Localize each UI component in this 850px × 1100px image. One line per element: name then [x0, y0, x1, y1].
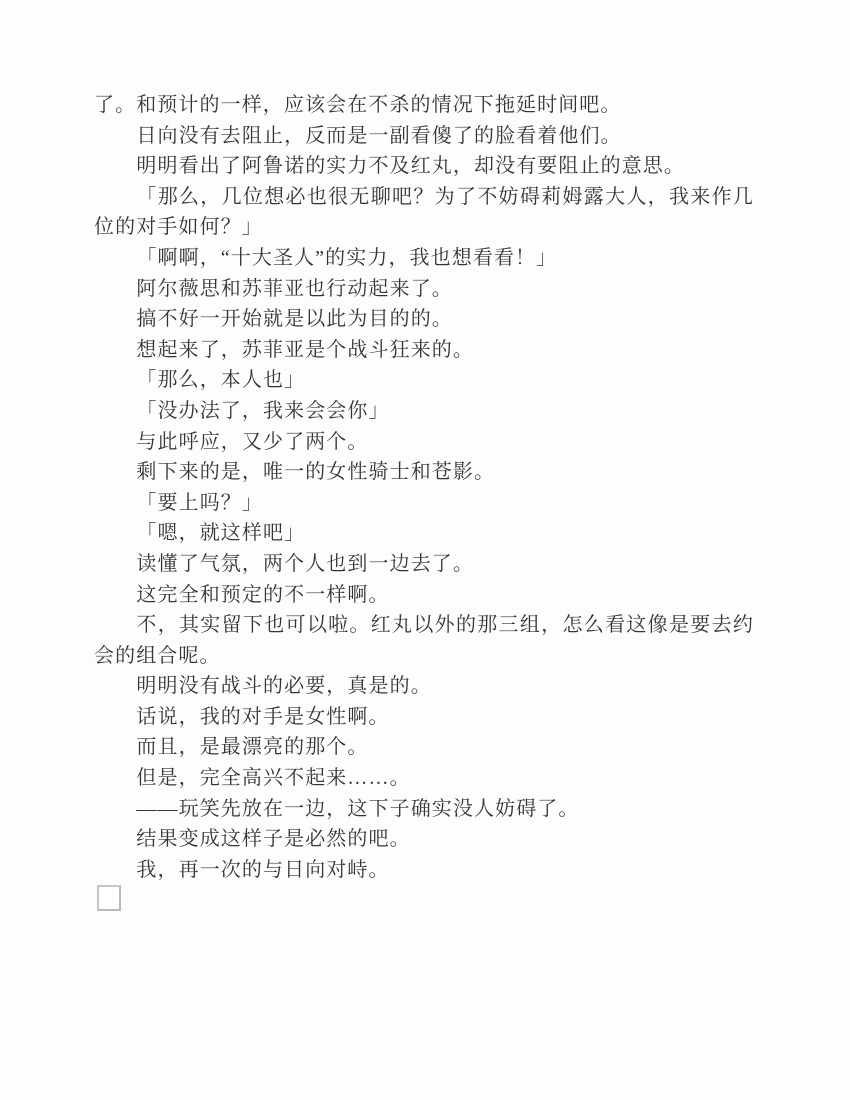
paragraph: 不，其实留下也可以啦。红丸以外的那三组，怎么看这像是要去约会的组合呢。: [94, 610, 754, 671]
paragraph: 剩下来的是，唯一的女性骑士和苍影。: [94, 457, 754, 488]
paragraph: 「要上吗？」: [94, 488, 754, 519]
paragraph: 阿尔薇思和苏菲亚也行动起来了。: [94, 274, 754, 305]
novel-text-body: 了。和预计的一样，应该会在不杀的情况下拖延时间吧。日向没有去阻止，反而是一副看傻…: [94, 90, 754, 917]
paragraph: 「啊啊，“十大圣人”的实力，我也想看看！」: [94, 243, 754, 274]
paragraph: 「嗯，就这样吧」: [94, 518, 754, 549]
paragraph: ——玩笑先放在一边，这下子确实没人妨碍了。: [94, 794, 754, 825]
paragraph: 想起来了，苏菲亚是个战斗狂来的。: [94, 335, 754, 366]
paragraph: 明明看出了阿鲁诺的实力不及红丸，却没有要阻止的意思。: [94, 151, 754, 182]
paragraph: 明明没有战斗的必要，真是的。: [94, 671, 754, 702]
paragraph: 读懂了气氛，两个人也到一边去了。: [94, 549, 754, 580]
paragraph: 「那么，本人也」: [94, 365, 754, 396]
paragraph: 「没办法了，我来会会你」: [94, 396, 754, 427]
paragraph: 搞不好一开始就是以此为目的的。: [94, 304, 754, 335]
paragraph: 话说，我的对手是女性啊。: [94, 702, 754, 733]
empty-glyph-box-icon: [97, 885, 121, 911]
paragraph: 我，再一次的与日向对峙。: [94, 855, 754, 886]
paragraph: 但是，完全高兴不起来……。: [94, 763, 754, 794]
paragraph: 而且，是最漂亮的那个。: [94, 732, 754, 763]
novel-page: 了。和预计的一样，应该会在不杀的情况下拖延时间吧。日向没有去阻止，反而是一副看傻…: [0, 0, 850, 1100]
placeholder-line: [94, 885, 754, 917]
screenshot-root: { "page": { "background_color": "#fdfdfd…: [0, 0, 850, 1100]
paragraph: 这完全和预定的不一样啊。: [94, 580, 754, 611]
paragraph: 与此呼应，又少了两个。: [94, 427, 754, 458]
paragraph: 结果变成这样子是必然的吧。: [94, 824, 754, 855]
paragraph: 了。和预计的一样，应该会在不杀的情况下拖延时间吧。: [94, 90, 754, 121]
paragraph: 「那么，几位想必也很无聊吧？为了不妨碍莉姆露大人，我来作几位的对手如何？」: [94, 182, 754, 243]
paragraph: 日向没有去阻止，反而是一副看傻了的脸看着他们。: [94, 121, 754, 152]
